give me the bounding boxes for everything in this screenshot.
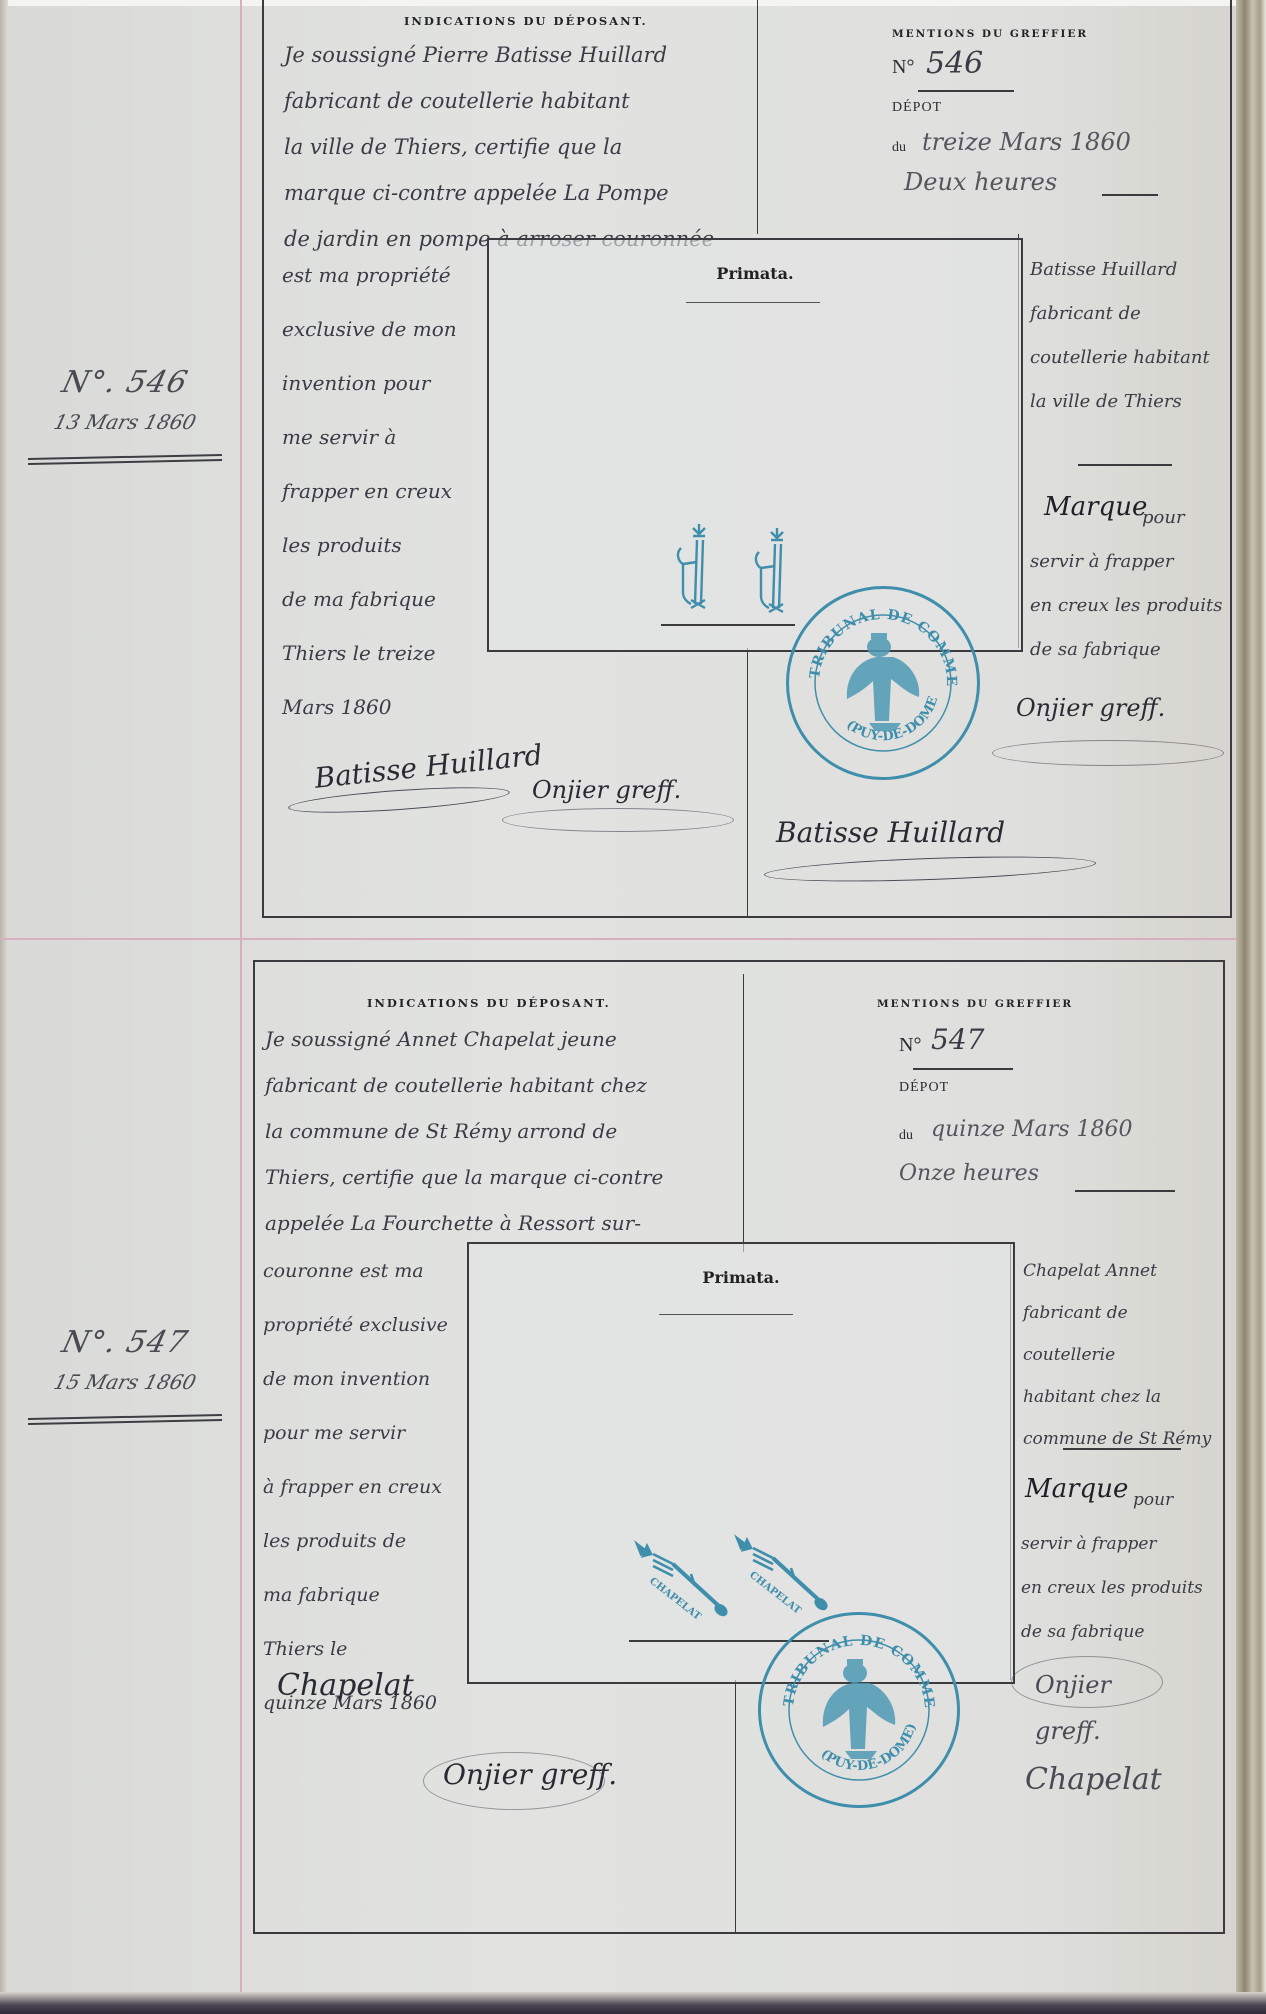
clerk-section-rule (1078, 464, 1172, 466)
clerk-depot-label: DÉPOT (899, 1080, 949, 1096)
clerk-no-underline (918, 90, 1014, 92)
tribunal-commerce-thiers-seal: TRIBUNAL DE COMMERCE DE THIERS (PUY-DE-D… (786, 586, 980, 780)
book-spine (1236, 0, 1266, 2014)
svg-text:(PUY-DE-DOME): (PUY-DE-DOME) (818, 1722, 920, 1774)
clerk-depot-label: DÉPOT (892, 100, 942, 116)
deposant-signature: Batisse Huillard (313, 738, 544, 795)
clerk-time-value: Deux heures (904, 160, 1057, 204)
clerk-no-label: N° (892, 56, 914, 79)
record-form-546: INDICATIONS DU DÉPOSANT. MENTIONS DU GRE… (262, 0, 1232, 918)
specimen-box-title: Primata. (489, 264, 1021, 283)
specimen-box-title: Primata. (469, 1268, 1013, 1287)
page-bottom-edge (0, 1992, 1266, 2014)
deposant-declaration-side: est ma propriété exclusive de mon invent… (282, 248, 482, 734)
deposant-signature: Chapelat (277, 1668, 414, 1703)
margin-entry-547: N°. 547 15 Mars 1860 (20, 1325, 230, 1423)
clerk-deposant-signature: Batisse Huillard (776, 816, 1005, 849)
watering-pump-crowned-mark-icon (751, 524, 791, 614)
imperial-eagle-seal-icon: TRIBUNAL DE COMMERCE DE THIERS (PUY-DE-D… (761, 1615, 957, 1805)
clerk-marque-description: pour servir à frapper en creux les produ… (1030, 496, 1226, 672)
header-indications-deposant: INDICATIONS DU DÉPOSANT. (404, 14, 648, 28)
margin-record-number: N°. 546 (16, 365, 235, 400)
margin-record-number: N°. 547 (16, 1325, 235, 1360)
specimen-title-rule (686, 302, 820, 303)
margin-double-rule (28, 1414, 222, 1425)
watering-pump-crowned-mark-icon (673, 520, 713, 610)
clerk-no-underline (913, 1068, 1013, 1070)
column-divider-bottom (735, 1680, 736, 1932)
crowned-fork-mark-icon: CHAPELAT (733, 1534, 833, 1624)
clerk-no-value: 546 (926, 42, 983, 86)
clerk-deposant-signature: Chapelat (1025, 1762, 1162, 1797)
deposant-declaration-side: couronne est ma propriété exclusive de m… (263, 1244, 463, 1730)
clerk-time-rule (1075, 1190, 1175, 1192)
clerk-section-rule (1063, 1448, 1181, 1450)
register-page: N°. 546 13 Mars 1860 INDICATIONS DU DÉPO… (0, 0, 1266, 2014)
margin-record-date: 15 Mars 1860 (17, 1370, 233, 1394)
clerk-no-value: 547 (931, 1018, 984, 1062)
tribunal-commerce-thiers-seal: TRIBUNAL DE COMMERCE DE THIERS (PUY-DE-D… (758, 1612, 960, 1808)
clerk-signature: Onjier greff. (1016, 694, 1165, 722)
clerk-depositor-description: Batisse Huillard fabricant de coutelleri… (1030, 248, 1226, 424)
clerk-deposant-flourish (764, 852, 1097, 886)
margin-record-date: 13 Mars 1860 (17, 410, 233, 434)
deposant-declaration-top: Je soussigné Pierre Batisse Huillard fab… (284, 32, 754, 262)
crowned-fork-mark-icon: CHAPELAT (633, 1540, 733, 1630)
clerk-no-label: N° (899, 1034, 921, 1057)
greffier-flourish (423, 1752, 605, 1810)
margin-double-rule (28, 454, 222, 465)
clerk-time-value: Onze heures (899, 1152, 1039, 1196)
column-divider-bottom (747, 648, 748, 916)
crowned-fork-mark-2: CHAPELAT (733, 1534, 833, 1624)
clerk-du-label: du (899, 1128, 913, 1144)
margin-entry-546: N°. 546 13 Mars 1860 (20, 365, 230, 463)
deposant-declaration-top: Je soussigné Annet Chapelat jeune fabric… (265, 1016, 745, 1246)
imperial-eagle-seal-icon: TRIBUNAL DE COMMERCE DE THIERS (PUY-DE-D… (789, 589, 977, 777)
clerk-marque-description: pour servir à frapper en creux les produ… (1021, 1478, 1217, 1654)
header-mentions-greffier: MENTIONS DU GREFFIER (877, 998, 1073, 1010)
clerk-time-rule (1102, 194, 1158, 196)
clerk-flourish (1011, 1656, 1163, 1708)
header-mentions-greffier: MENTIONS DU GREFFIER (892, 28, 1088, 40)
clerk-date-value: treize Mars 1860 (922, 120, 1131, 164)
clerk-depositor-description: Chapelat Annet fabricant de coutellerie … (1023, 1250, 1219, 1460)
clerk-du-label: du (892, 140, 906, 156)
header-indications-deposant: INDICATIONS DU DÉPOSANT. (367, 996, 611, 1010)
greffier-flourish (502, 808, 734, 832)
specimen-bottom-rule (661, 624, 795, 626)
margin-rule-horizontal (0, 938, 1236, 940)
greffier-signature: Onjier greff. (532, 776, 681, 804)
crowned-fork-mark-1: CHAPELAT (633, 1540, 733, 1630)
page-left-edge (0, 0, 8, 2014)
specimen-title-rule (659, 1314, 793, 1315)
margin-rule-vertical (240, 0, 242, 1995)
clerk-date-value: quinze Mars 1860 (931, 1108, 1133, 1152)
record-form-547: INDICATIONS DU DÉPOSANT. MENTIONS DU GRE… (253, 960, 1225, 1934)
column-divider-top (757, 0, 758, 234)
clerk-flourish (992, 740, 1224, 766)
